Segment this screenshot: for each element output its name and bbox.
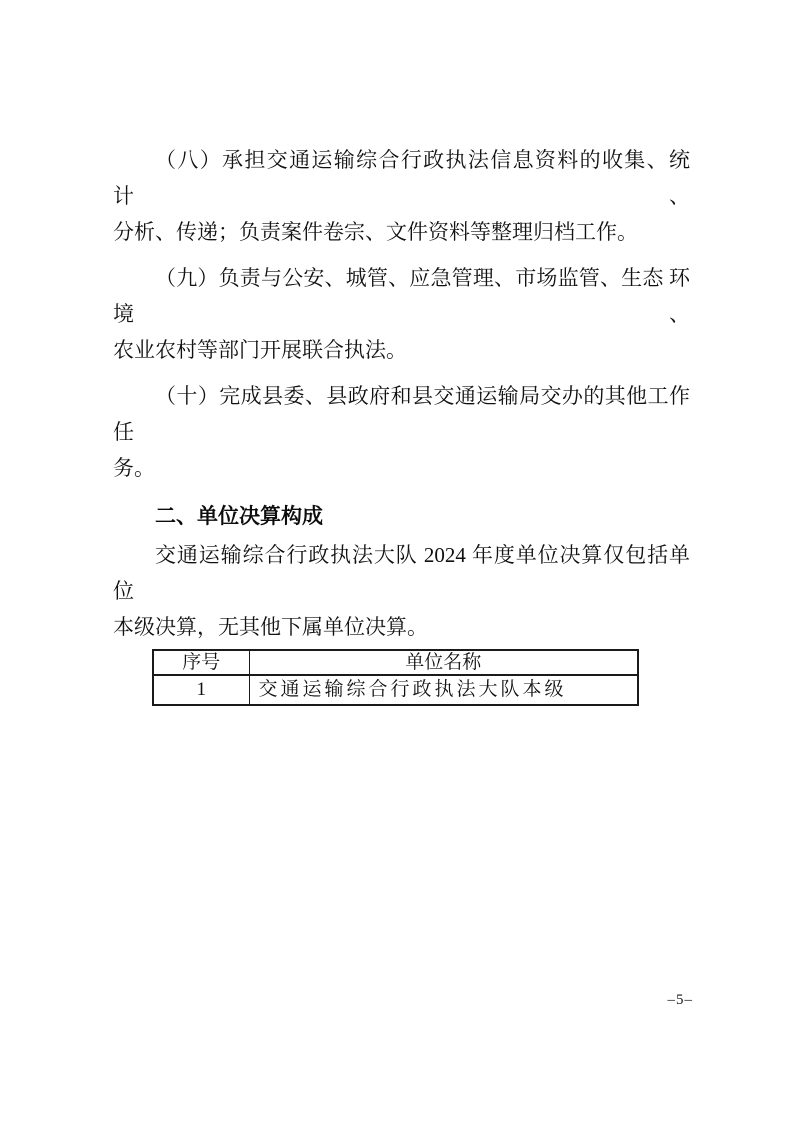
table-header-unit-name: 单位名称 [249, 650, 638, 675]
section-heading: 二、单位决算构成 [113, 499, 690, 535]
paragraph-line: （九）负责与公安、城管、应急管理、市场监管、生态 环境、 [113, 260, 690, 332]
paragraph-line: （十）完成县委、县政府和县交通运输局交办的其他工作任 [113, 378, 690, 450]
unit-list-table: 序号 单位名称 1 交通运输综合行政执法大队本级 [152, 649, 639, 706]
paragraph-duty-8: （八）承担交通运输综合行政执法信息资料的收集、统 计、 分析、传递；负责案件卷宗… [113, 142, 690, 250]
document-body: （八）承担交通运输综合行政执法信息资料的收集、统 计、 分析、传递；负责案件卷宗… [113, 142, 690, 706]
table-header-index: 序号 [153, 650, 249, 675]
paragraph-line: 交通运输综合行政执法大队 2024 年度单位决算仅包括单位 [113, 537, 690, 609]
table-row: 1 交通运输综合行政执法大队本级 [153, 675, 638, 705]
table-header-row: 序号 单位名称 [153, 650, 638, 675]
document-page: （八）承担交通运输综合行政执法信息资料的收集、统 计、 分析、传递；负责案件卷宗… [0, 0, 793, 1122]
table-cell-index: 1 [153, 675, 249, 705]
table-cell-unit-name: 交通运输综合行政执法大队本级 [249, 675, 638, 705]
page-number: –5– [668, 992, 694, 1009]
paragraph-duty-10: （十）完成县委、县政府和县交通运输局交办的其他工作任 务。 [113, 378, 690, 486]
paragraph-line: 分析、传递；负责案件卷宗、文件资料等整理归档工作。 [113, 214, 690, 250]
paragraph-line: （八）承担交通运输综合行政执法信息资料的收集、统 计、 [113, 142, 690, 214]
paragraph-line: 农业农村等部门开展联合执法。 [113, 332, 690, 368]
paragraph-duty-9: （九）负责与公安、城管、应急管理、市场监管、生态 环境、 农业农村等部门开展联合… [113, 260, 690, 368]
paragraph-decision-scope: 交通运输综合行政执法大队 2024 年度单位决算仅包括单位 本级决算，无其他下属… [113, 537, 690, 645]
paragraph-line: 本级决算，无其他下属单位决算。 [113, 609, 690, 645]
paragraph-line: 务。 [113, 450, 690, 486]
